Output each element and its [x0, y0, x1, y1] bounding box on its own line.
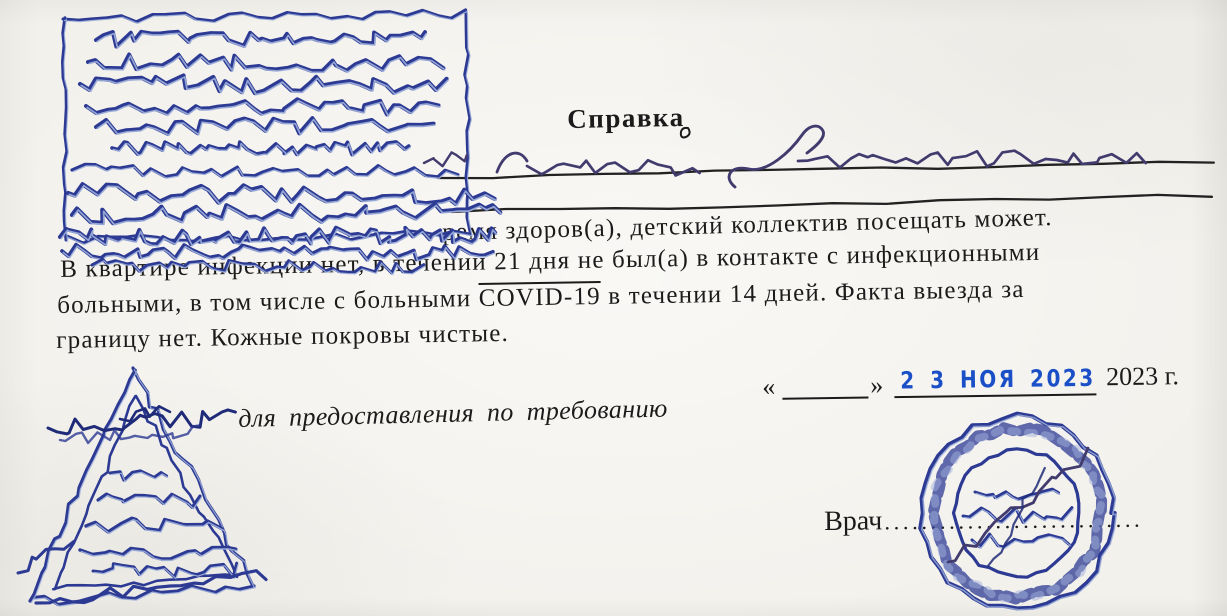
document-title: Справка — [567, 102, 685, 135]
triangle-stamp — [18, 368, 266, 606]
doctor-row: Врач............................ — [824, 503, 1143, 538]
ruled-lines — [438, 162, 1214, 212]
date-underline-day — [782, 397, 868, 400]
handwritten-scrawls — [424, 126, 1146, 187]
body-line-3-after: в течении 14 дней. Факта выезда за — [601, 276, 1025, 310]
purpose-line: для предоставления по требованию — [238, 394, 668, 434]
date-row: « » 2 3 НОЯ 2023 2023 г. — [762, 360, 1213, 414]
medical-certificate-scan: Справка ремя здоров(а), детский коллекти… — [0, 0, 1227, 616]
year-label: 2023 г. — [1106, 361, 1179, 392]
body-line-4: границу нет. Кожные покровы чистые. — [56, 320, 509, 355]
close-quote: » — [870, 370, 883, 400]
body-line-3: больными, в том числе с больными COVID-1… — [57, 276, 1025, 320]
obscured-handwriting — [48, 410, 235, 443]
open-quote: « — [762, 372, 775, 402]
doctor-label: Врач — [824, 505, 882, 537]
covid-19-text: COVID-19 — [479, 283, 602, 312]
date-ink-stamp: 2 3 НОЯ 2023 — [900, 363, 1096, 394]
body-line-3-before: больными, в том числе с больными — [57, 285, 479, 319]
doctor-dotted-line: ............................ — [884, 507, 1143, 535]
rect-stamp — [60, 10, 502, 275]
